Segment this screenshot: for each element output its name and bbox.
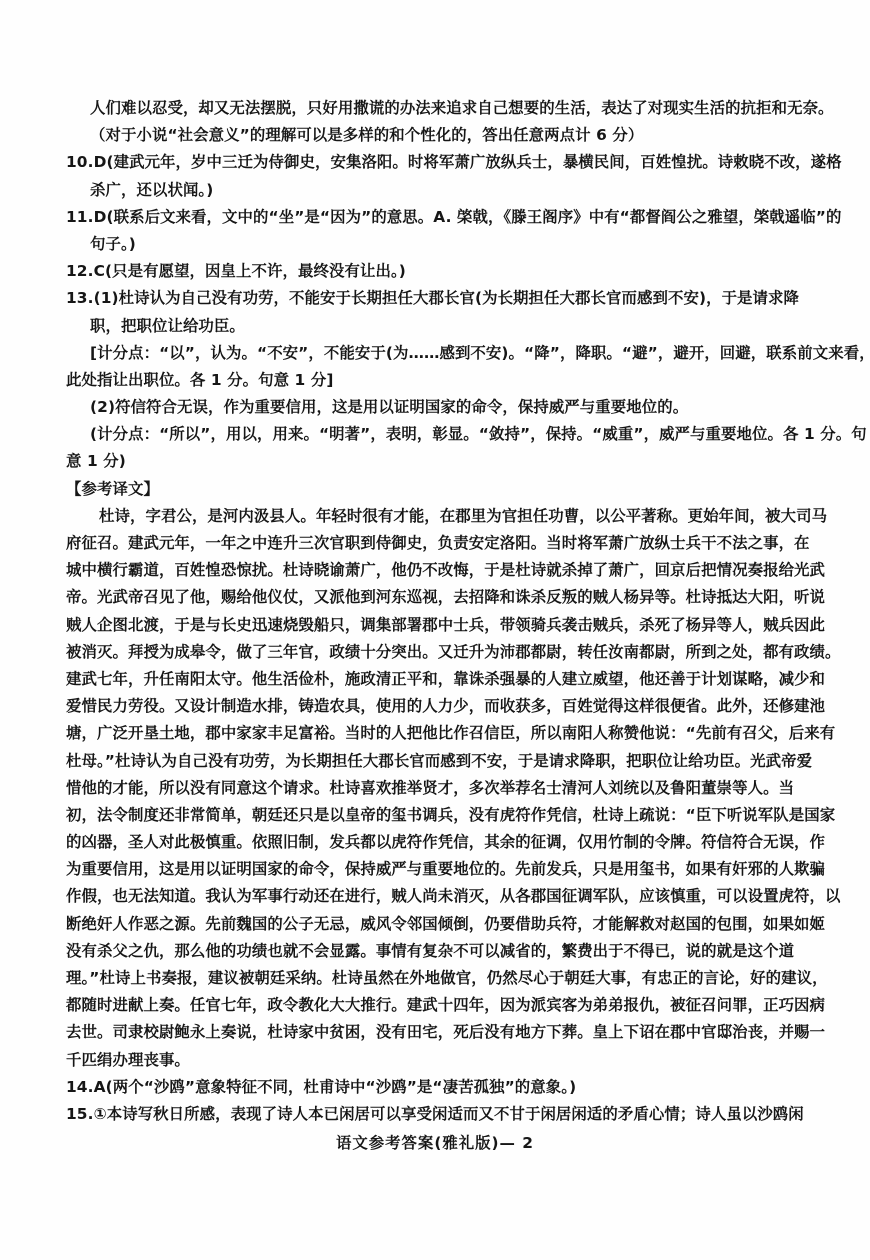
answer-9-continuation-line: （对于小说“社会意义”的理解可以是多样的和个性化的，答出任意两点计 6 分） [66,122,820,149]
reference-translation-line: 去世。司隶校尉鲍永上奏说，杜诗家中贫困，没有田宅，死后没有地方下葬。皇上下诏在郡… [66,1019,820,1046]
reference-translation-line: 断绝奸人作恶之源。先前魏国的公子无忌，威风令邻国倾倒，仍要借助兵符，才能解救对赵… [66,911,820,938]
text-content: 塘，广泛开垦土地，郡中家家丰足富裕。当时的人把他比作召信臣，所以南阳人称赞他说：… [66,724,835,742]
question-number: 15. [66,1101,94,1128]
reference-translation-header-line: 【参考译文】 [66,476,820,503]
answer-9-continuation: 人们难以忍受，却又无法摆脱，只好用撒谎的办法来追求自己想要的生活，表达了对现实生… [66,95,820,149]
text-content: 杜母。”杜诗认为自己没有功劳，为长期担任大郡长官而感到不安，于是请求降职，把职位… [66,752,812,770]
answer-14-line: 14.A(两个“沙鸥”意象特征不同，杜甫诗中“沙鸥”是“凄苦孤独”的意象。) [66,1074,820,1101]
reference-translation-line: 作假，也无法知道。我认为军事行动还在进行，贼人尚未消灭，从各郡国征调军队，应该慎… [66,883,820,910]
text-content: A(两个“沙鸥”意象特征不同，杜甫诗中“沙鸥”是“凄苦孤独”的意象。) [94,1078,577,1096]
text-content: 职，把职位让给功臣。 [90,317,245,335]
reference-translation-line: 惜他的才能，所以没有同意这个请求。杜诗喜欢推举贤才，多次举荐名士清河人刘统以及鲁… [66,775,820,802]
text-content: 城中横行霸道，百姓惶恐惊扰。杜诗晓谕萧广，他仍不改悔，于是杜诗就杀掉了萧广，回京… [66,561,825,579]
text-content: 【参考译文】 [66,480,159,498]
question-number: 10. [66,149,94,176]
answer-12-line: 12.C(只是有愿望，因皇上不许，最终没有让出。) [66,258,820,285]
page-footer: 语文参考答案(雅礼版)— 2 [0,1130,870,1157]
reference-translation-line: 初，法令制度还非常简单，朝廷还只是以皇帝的玺书调兵，没有虎符作凭信，杜诗上疏说：… [66,802,820,829]
reference-translation-line: 的凶器，圣人对此极慎重。依照旧制，发兵都以虎符作凭信，其余的征调，仅用竹制的令牌… [66,829,820,856]
reference-translation-line: 塘，广泛开垦土地，郡中家家丰足富裕。当时的人把他比作召信臣，所以南阳人称赞他说：… [66,720,820,747]
text-content: (计分点：“所以”，用以，用来。“明著”，表明，彰显。“敛持”，保持。“威重”，… [90,425,867,443]
text-content: (1)杜诗认为自己没有功劳，不能安于长期担任大郡长官(为长期担任大郡长官而感到不… [94,289,799,307]
reference-translation-line: 府征召。建武元年，一年之中连升三次官职到侍御史，负责安定洛阳。当时将军萧广放纵士… [66,530,820,557]
reference-translation-line: 城中横行霸道，百姓惶恐惊扰。杜诗晓谕萧广，他仍不改悔，于是杜诗就杀掉了萧广，回京… [66,557,820,584]
question-number: 14. [66,1074,94,1101]
answer-13-line: 意 1 分) [66,448,820,475]
answer-13: 13.(1)杜诗认为自己没有功劳，不能安于长期担任大郡长官(为长期担任大郡长官而… [66,285,820,475]
text-content: C(只是有愿望，因皇上不许，最终没有让出。) [94,262,406,280]
text-content: 爱惜民力劳役。又设计制造水排，铸造农具，使用的人力少，而收获多，百姓觉得这样很便… [66,697,825,715]
reference-translation-line: 贼人企图北渡，于是与长史迅速烧毁船只，调集部署郡中士兵，带领骑兵袭击贼兵，杀死了… [66,612,820,639]
answer-13-line: 13.(1)杜诗认为自己没有功劳，不能安于长期担任大郡长官(为长期担任大郡长官而… [66,285,820,312]
text-content: 建武七年，升任南阳太守。他生活俭朴，施政清正平和，靠诛杀强暴的人建立威望，他还善… [66,670,825,688]
text-content: 千匹绢办理丧事。 [66,1051,190,1069]
answer-13-line: [计分点：“以”，认为。“不安”，不能安于(为……感到不安)。“降”，降职。“避… [66,340,820,367]
question-number: 12. [66,258,94,285]
reference-translation-line: 帝。光武帝召见了他，赐给他仪仗，又派他到河东巡视，去招降和诛杀反叛的贼人杨异等。… [66,584,820,611]
answer-12: 12.C(只是有愿望，因皇上不许，最终没有让出。) [66,258,820,285]
text-content: 理。”杜诗上书奏报，建议被朝廷采纳。杜诗虽然在外地做官，仍然尽心于朝廷大事，有忠… [66,969,828,987]
text-content: 人们难以忍受，却又无法摆脱，只好用撒谎的办法来追求自己想要的生活，表达了对现实生… [90,99,834,117]
answer-15-line: 15.①本诗写秋日所感，表现了诗人本已闲居可以享受闲适而又不甘于闲居闲适的矛盾心… [66,1101,820,1128]
text-content: 意 1 分) [66,452,126,470]
answer-11-line: 句子。) [66,231,820,258]
reference-translation-line: 千匹绢办理丧事。 [66,1047,820,1074]
document-page: 人们难以忍受，却又无法摆脱，只好用撒谎的办法来追求自己想要的生活，表达了对现实生… [0,0,870,1260]
text-content: (2)符信符合无误，作为重要信用，这是用以证明国家的命令，保持威严与重要地位的。 [90,398,688,416]
text-content: 被消灭。拜授为成皋令，做了三年官，政绩十分突出。又迁升为沛郡都尉，转任汝南都尉，… [66,643,841,661]
text-content: ①本诗写秋日所感，表现了诗人本已闲居可以享受闲适而又不甘于闲居闲适的矛盾心情；诗… [94,1105,804,1123]
reference-translation-line: 杜母。”杜诗认为自己没有功劳，为长期担任大郡长官而感到不安，于是请求降职，把职位… [66,748,820,775]
text-content: 府征召。建武元年，一年之中连升三次官职到侍御史，负责安定洛阳。当时将军萧广放纵士… [66,534,810,552]
text-content: [计分点：“以”，认为。“不安”，不能安于(为……感到不安)。“降”，降职。“避… [90,344,870,362]
answer-9-continuation-line: 人们难以忍受，却又无法摆脱，只好用撒谎的办法来追求自己想要的生活，表达了对现实生… [66,95,820,122]
text-content: 的凶器，圣人对此极慎重。依照旧制，发兵都以虎符作凭信，其余的征调，仅用竹制的令牌… [66,833,825,851]
reference-translation-line: 杜诗，字君公，是河内汲县人。年轻时很有才能，在郡里为官担任功曹，以公平著称。更始… [66,503,820,530]
text-content: 没有杀父之仇，那么他的功绩也就不会显露。事情有复杂不可以减省的，繁费出于不得已，… [66,942,794,960]
text-content: 句子。) [90,235,136,253]
text-content: 为重要信用，这是用以证明国家的命令，保持威严与重要地位的。先前发兵，只是用玺书，… [66,860,825,878]
document-body: 人们难以忍受，却又无法摆脱，只好用撒谎的办法来追求自己想要的生活，表达了对现实生… [66,95,820,1128]
reference-translation-line: 都随时进献上奏。任官七年，政令教化大大推行。建武十四年，因为派宾客为弟弟报仇，被… [66,992,820,1019]
answer-13-line: (2)符信符合无误，作为重要信用，这是用以证明国家的命令，保持威严与重要地位的。 [66,394,820,421]
text-content: 此处指让出职位。各 1 分。句意 1 分] [66,371,333,389]
answer-13-line: (计分点：“所以”，用以，用来。“明著”，表明，彰显。“敛持”，保持。“威重”，… [66,421,820,448]
text-content: 初，法令制度还非常简单，朝廷还只是以皇帝的玺书调兵，没有虎符作凭信，杜诗上疏说：… [66,806,835,824]
answer-11-line: 11.D(联系后文来看，文中的“坐”是“因为”的意思。A. 棨戟，《滕王阁序》中… [66,204,820,231]
reference-translation-line: 建武七年，升任南阳太守。他生活俭朴，施政清正平和，靠诛杀强暴的人建立威望，他还善… [66,666,820,693]
answer-10: 10.D(建武元年，岁中三迁为侍御史，安集洛阳。时将军萧广放纵兵士，暴横民间，百… [66,149,820,203]
text-content: D(联系后文来看，文中的“坐”是“因为”的意思。A. 棨戟，《滕王阁序》中有“都… [94,208,842,226]
text-content: 帝。光武帝召见了他，赐给他仪仗，又派他到河东巡视，去招降和诛杀反叛的贼人杨异等。… [66,588,825,606]
text-content: 杜诗，字君公，是河内汲县人。年轻时很有才能，在郡里为官担任功曹，以公平著称。更始… [99,507,827,525]
text-content: 去世。司隶校尉鲍永上奏说，杜诗家中贫困，没有田宅，死后没有地方下葬。皇上下诏在郡… [66,1023,825,1041]
answer-10-line: 10.D(建武元年，岁中三迁为侍御史，安集洛阳。时将军萧广放纵兵士，暴横民间，百… [66,149,820,176]
answer-14: 14.A(两个“沙鸥”意象特征不同，杜甫诗中“沙鸥”是“凄苦孤独”的意象。) [66,1074,820,1101]
text-content: 惜他的才能，所以没有同意这个请求。杜诗喜欢推举贤才，多次举荐名士清河人刘统以及鲁… [66,779,794,797]
question-number: 13. [66,285,94,312]
reference-translation: 杜诗，字君公，是河内汲县人。年轻时很有才能，在郡里为官担任功曹，以公平著称。更始… [66,503,820,1074]
answer-13-line: 此处指让出职位。各 1 分。句意 1 分] [66,367,820,394]
answer-13-line: 职，把职位让给功臣。 [66,313,820,340]
reference-translation-line: 没有杀父之仇，那么他的功绩也就不会显露。事情有复杂不可以减省的，繁费出于不得已，… [66,938,820,965]
text-content: 都随时进献上奏。任官七年，政令教化大大推行。建武十四年，因为派宾客为弟弟报仇，被… [66,996,825,1014]
answer-10-line: 杀广，还以状闻。) [66,177,820,204]
text-content: 断绝奸人作恶之源。先前魏国的公子无忌，威风令邻国倾倒，仍要借助兵符，才能解救对赵… [66,915,825,933]
text-content: （对于小说“社会意义”的理解可以是多样的和个性化的，答出任意两点计 6 分） [90,126,643,144]
reference-translation-line: 爱惜民力劳役。又设计制造水排，铸造农具，使用的人力少，而收获多，百姓觉得这样很便… [66,693,820,720]
text-content: 贼人企图北渡，于是与长史迅速烧毁船只，调集部署郡中士兵，带领骑兵袭击贼兵，杀死了… [66,616,825,634]
reference-translation-line: 理。”杜诗上书奏报，建议被朝廷采纳。杜诗虽然在外地做官，仍然尽心于朝廷大事，有忠… [66,965,820,992]
text-content: 作假，也无法知道。我认为军事行动还在进行，贼人尚未消灭，从各郡国征调军队，应该慎… [66,887,841,905]
text-content: D(建武元年，岁中三迁为侍御史，安集洛阳。时将军萧广放纵兵士，暴横民间，百姓惶扰… [94,153,842,171]
reference-translation-header: 【参考译文】 [66,476,820,503]
answer-15: 15.①本诗写秋日所感，表现了诗人本已闲居可以享受闲适而又不甘于闲居闲适的矛盾心… [66,1101,820,1128]
answer-11: 11.D(联系后文来看，文中的“坐”是“因为”的意思。A. 棨戟，《滕王阁序》中… [66,204,820,258]
question-number: 11. [66,204,94,231]
reference-translation-line: 为重要信用，这是用以证明国家的命令，保持威严与重要地位的。先前发兵，只是用玺书，… [66,856,820,883]
reference-translation-line: 被消灭。拜授为成皋令，做了三年官，政绩十分突出。又迁升为沛郡都尉，转任汝南都尉，… [66,639,820,666]
text-content: 杀广，还以状闻。) [90,181,213,199]
